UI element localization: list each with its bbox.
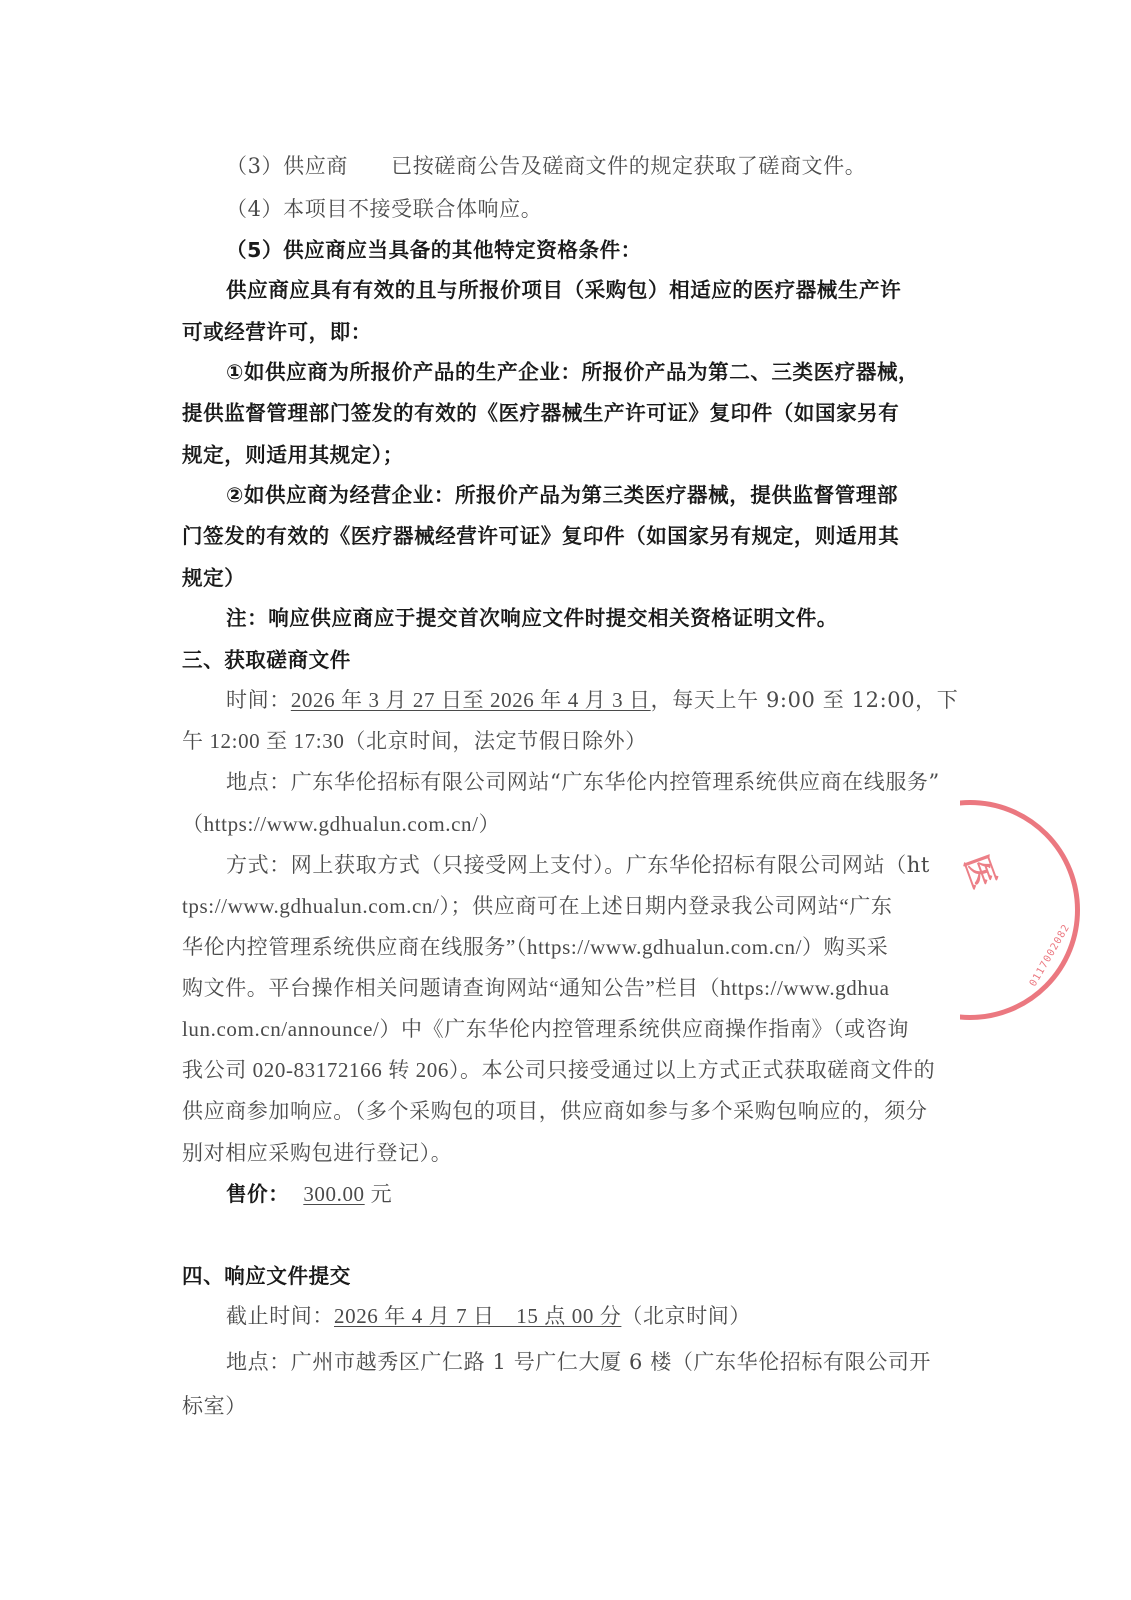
obtain-method-line-4: 购文件。平台操作相关问题请查询网站“通知公告”栏目（https://www.gd… (182, 974, 962, 1002)
obtain-time-value: 2026 年 3 月 27 日至 2026 年 4 月 3 日 (291, 688, 651, 712)
deadline-value: 2026 年 4 月 7 日 15 点 00 分 (334, 1304, 621, 1328)
clause-4: （4）本项目不接受联合体响应。 (226, 195, 1006, 223)
manufacturer-requirement-line-3: 规定，则适用其规定）； (182, 441, 962, 469)
qualification-text-line-1: 供应商应具有有效的且与所报价项目（采购包）相适应的医疗器械生产许 (226, 276, 1006, 304)
obtain-time-line-2: 午 12:00 至 17:30（北京时间，法定节假日除外） (182, 727, 962, 755)
price-line: 售价：300.00元 (226, 1180, 1006, 1208)
seal-stamp: 医院 0117002082 (960, 800, 1080, 1020)
obtain-time-line-1: 时间：2026 年 3 月 27 日至 2026 年 4 月 3 日，每天上午 … (226, 686, 1006, 714)
price-label: 售价： (226, 1182, 289, 1206)
submission-place-line-2: 标室） (182, 1392, 962, 1420)
price-value: 300.00 (289, 1182, 370, 1206)
obtain-method-line-6: 我公司 020-83172166 转 206）。本公司只接受通过以上方式正式获取… (182, 1056, 962, 1084)
deadline-label: 截止时间： (226, 1304, 334, 1328)
manufacturer-requirement-line-2: 提供监督管理部门签发的有效的《医疗器械生产许可证》复印件（如国家另有 (182, 399, 962, 427)
obtain-method-line-7: 供应商参加响应。（多个采购包的项目，供应商如参与多个采购包响应的，须分 (182, 1097, 962, 1125)
distributor-requirement-line-1: ②如供应商为经营企业：所报价产品为第三类医疗器械，提供监督管理部 (226, 481, 1006, 509)
obtain-place-url: （https://www.gdhualun.com.cn/） (182, 810, 962, 838)
clause-5-heading: （5）供应商应当具备的其他特定资格条件： (226, 236, 1006, 264)
section-3-heading: 三、获取磋商文件 (182, 646, 962, 674)
price-unit: 元 (371, 1182, 393, 1206)
section-4-heading: 四、响应文件提交 (182, 1262, 962, 1290)
distributor-requirement-line-3: 规定） (182, 564, 962, 592)
obtain-method-line-5: lun.com.cn/announce/）中《广东华伦内控管理系统供应商操作指南… (182, 1015, 962, 1043)
obtain-time-label: 时间： (226, 688, 291, 712)
distributor-requirement-line-2: 门签发的有效的《医疗器械经营许可证》复印件（如国家另有规定，则适用其 (182, 522, 962, 550)
obtain-time-rest: ，每天上午 9:00 至 12:00，下 (651, 688, 959, 712)
obtain-place-line-1: 地点：广东华伦招标有限公司网站“广东华伦内控管理系统供应商在线服务” (226, 768, 1006, 796)
document-page: （3）供应商 已按磋商公告及磋商文件的规定获取了磋商文件。 （4）本项目不接受联… (0, 0, 1131, 1600)
obtain-method-line-8: 别对相应采购包进行登记）。 (182, 1139, 962, 1167)
obtain-method-line-2: tps://www.gdhualun.com.cn/）；供应商可在上述日期内登录… (182, 892, 962, 920)
deadline-note: （北京时间） (621, 1304, 751, 1328)
obtain-method-line-3: 华伦内控管理系统供应商在线服务”（https://www.gdhualun.co… (182, 933, 962, 961)
obtain-method-line-1: 方式：网上获取方式（只接受网上支付）。广东华伦招标有限公司网站（ht (226, 851, 1006, 879)
deadline-line: 截止时间：2026 年 4 月 7 日 15 点 00 分（北京时间） (226, 1302, 1006, 1330)
qualification-note: 注：响应供应商应于提交首次响应文件时提交相关资格证明文件。 (226, 604, 1006, 632)
manufacturer-requirement-line-1: ①如供应商为所报价产品的生产企业：所报价产品为第二、三类医疗器械， (226, 358, 1006, 386)
qualification-text-line-2: 可或经营许可，即： (182, 318, 962, 346)
clause-3: （3）供应商 已按磋商公告及磋商文件的规定获取了磋商文件。 (226, 152, 1006, 180)
submission-place-line-1: 地点：广州市越秀区广仁路 1 号广仁大厦 6 楼（广东华伦招标有限公司开 (226, 1348, 1006, 1376)
